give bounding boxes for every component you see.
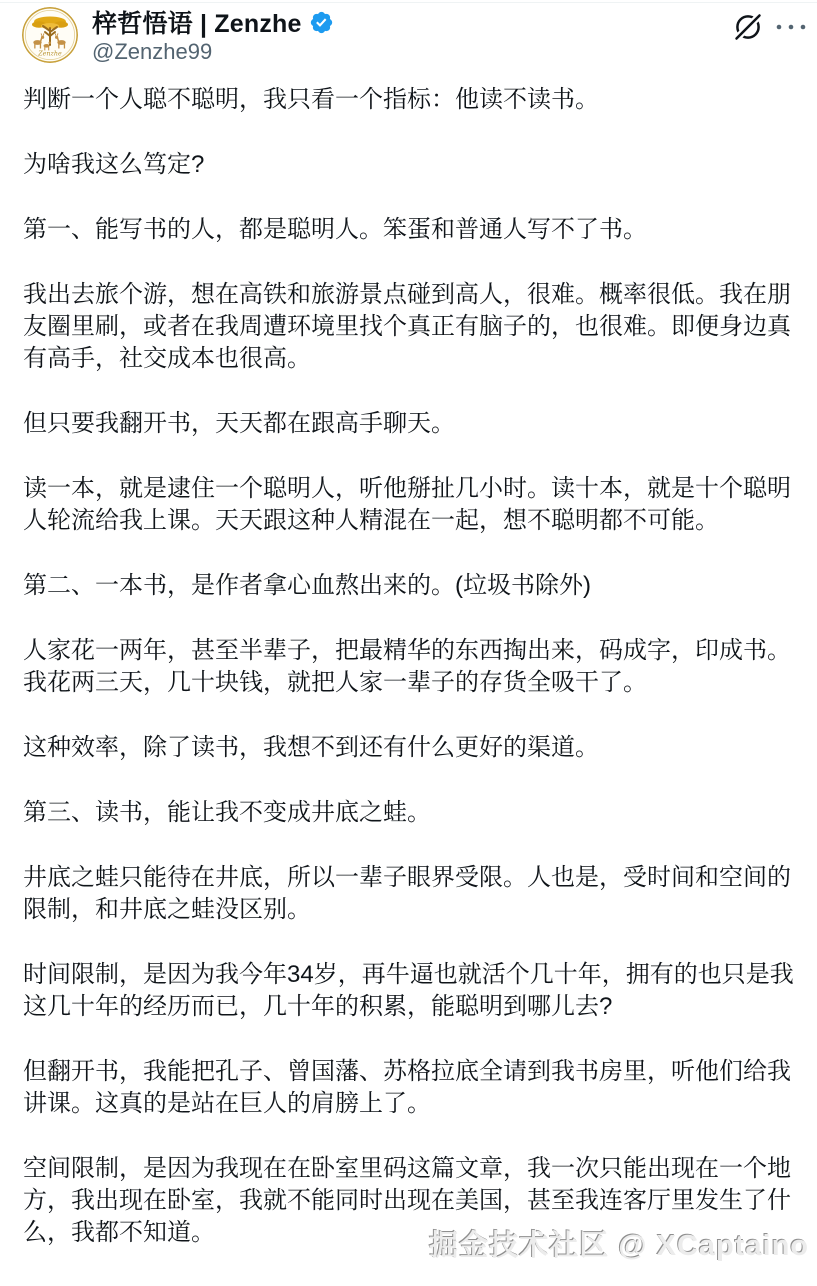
- more-options-button[interactable]: [772, 17, 810, 37]
- tweet-header: Zenzhe 梓哲悟语 | Zenzhe @Zenzhe99: [0, 0, 817, 84]
- post-paragraph: 人家花一两年，甚至半辈子，把最精华的东西掏出来，码成字，印成书。我花两三天，几十…: [23, 635, 796, 699]
- grok-slashed-circle-icon: [732, 11, 764, 43]
- post-paragraph: 第三、读书，能让我不变成井底之蛙。: [23, 797, 796, 829]
- post-paragraph: 我出去旅个游，想在高铁和旅游景点碰到高人，很难。概率很低。我在朋友圈里刷，或者在…: [23, 279, 796, 375]
- post-paragraph: 井底之蛙只能待在井底，所以一辈子眼界受限。人也是，受时间和空间的限制，和井底之蛙…: [23, 862, 796, 926]
- post-paragraph: 空间限制，是因为我现在在卧室里码这篇文章，我一次只能出现在一个地方，我出现在卧室…: [23, 1153, 796, 1249]
- ellipsis-icon: [772, 21, 810, 33]
- verified-badge-icon: [309, 10, 334, 35]
- post-paragraph: 但翻开书，我能把孔子、曾国藩、苏格拉底全请到我书房里，听他们给我讲课。这真的是站…: [23, 1056, 796, 1120]
- avatar-logo-icon: Zenzhe: [22, 7, 78, 63]
- avatar[interactable]: Zenzhe: [22, 7, 78, 63]
- post-paragraph: 第二、一本书，是作者拿心血熬出来的。(垃圾书除外): [23, 570, 796, 602]
- post-body: 判断一个人聪不聪明，我只看一个指标：他读不读书。为啥我这么笃定?第一、能写书的人…: [0, 84, 817, 1249]
- user-name-block[interactable]: 梓哲悟语 | Zenzhe @Zenzhe99: [92, 6, 334, 65]
- user-handle[interactable]: @Zenzhe99: [92, 39, 334, 65]
- display-name[interactable]: 梓哲悟语 | Zenzhe: [92, 4, 302, 40]
- post-paragraph: 但只要我翻开书，天天都在跟高手聊天。: [23, 408, 796, 440]
- post-paragraph: 读一本，就是逮住一个聪明人，听他掰扯几小时。读十本，就是十个聪明人轮流给我上课。…: [23, 473, 796, 537]
- post-paragraph: 第一、能写书的人，都是聪明人。笨蛋和普通人写不了书。: [23, 214, 796, 246]
- post-paragraph: 判断一个人聪不聪明，我只看一个指标：他读不读书。: [23, 84, 796, 116]
- post-paragraph: 这种效率，除了读书，我想不到还有什么更好的渠道。: [23, 732, 796, 764]
- grok-button[interactable]: [731, 10, 765, 44]
- post-paragraph: 时间限制，是因为我今年34岁，再牛逼也就活个几十年，拥有的也只是我这几十年的经历…: [23, 959, 796, 1023]
- post-paragraph: 为啥我这么笃定?: [23, 149, 796, 181]
- avatar-label: Zenzhe: [37, 50, 62, 58]
